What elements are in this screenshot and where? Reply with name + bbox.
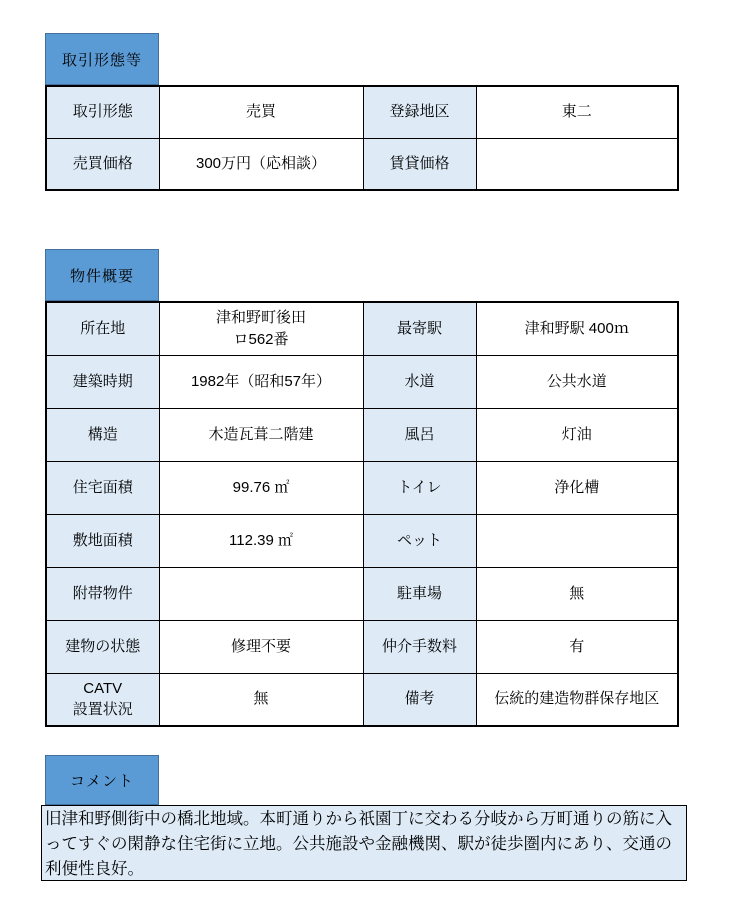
value-registration-district: 東二 <box>476 86 678 138</box>
table-row: 売買価格 300万円（応相談） 賃貸価格 <box>46 138 678 190</box>
label-land-area: 敷地面積 <box>46 514 159 567</box>
label-structure: 構造 <box>46 408 159 461</box>
transaction-section-title: 取引形態等 <box>45 33 159 85</box>
value-bath: 灯油 <box>476 408 678 461</box>
value-brokerage-fee: 有 <box>476 620 678 673</box>
label-house-area: 住宅面積 <box>46 461 159 514</box>
table-row: 取引形態 売買 登録地区 東二 <box>46 86 678 138</box>
comment-section: コメント 旧津和野側街中の橋北地域。本町通りから祇園丁に交わる分岐から万町通りの… <box>41 755 731 881</box>
label-remarks: 備考 <box>363 673 476 726</box>
table-row: CATV 設置状況 無 備考 伝統的建造物群保存地区 <box>46 673 678 726</box>
table-row: 所在地 津和野町後田 ロ562番 最寄駅 津和野駅 400ｍ <box>46 302 678 355</box>
label-catv: CATV 設置状況 <box>46 673 159 726</box>
value-land-area: 112.39 ㎡ <box>159 514 363 567</box>
table-row: 附帯物件 駐車場 無 <box>46 567 678 620</box>
label-location: 所在地 <box>46 302 159 355</box>
label-sale-price: 売買価格 <box>46 138 159 190</box>
value-construction-year: 1982年（昭和57年） <box>159 355 363 408</box>
transaction-section: 取引形態等 取引形態 売買 登録地区 東二 売買価格 300万円（応相談） 賃貸… <box>45 0 731 191</box>
value-nearest-station: 津和野駅 400ｍ <box>476 302 678 355</box>
label-toilet: トイレ <box>363 461 476 514</box>
value-toilet: 浄化槽 <box>476 461 678 514</box>
label-parking: 駐車場 <box>363 567 476 620</box>
value-sale-price: 300万円（応相談） <box>159 138 363 190</box>
value-house-area: 99.76 ㎡ <box>159 461 363 514</box>
label-brokerage-fee: 仲介手数料 <box>363 620 476 673</box>
label-registration-district: 登録地区 <box>363 86 476 138</box>
table-row: 建物の状態 修理不要 仲介手数料 有 <box>46 620 678 673</box>
value-catv: 無 <box>159 673 363 726</box>
comment-text: 旧津和野側街中の橋北地域。本町通りから祇園丁に交わる分岐から万町通りの筋に入って… <box>41 805 687 881</box>
label-transaction-type: 取引形態 <box>46 86 159 138</box>
table-row: 建築時期 1982年（昭和57年） 水道 公共水道 <box>46 355 678 408</box>
label-ancillary-property: 附帯物件 <box>46 567 159 620</box>
value-parking: 無 <box>476 567 678 620</box>
table-row: 敷地面積 112.39 ㎡ ペット <box>46 514 678 567</box>
label-water-supply: 水道 <box>363 355 476 408</box>
value-pets <box>476 514 678 567</box>
property-section-title: 物件概要 <box>45 249 159 301</box>
property-section: 物件概要 所在地 津和野町後田 ロ562番 最寄駅 津和野駅 400ｍ 建築時期… <box>45 249 731 727</box>
table-row: 構造 木造瓦葺二階建 風呂 灯油 <box>46 408 678 461</box>
label-bath: 風呂 <box>363 408 476 461</box>
value-transaction-type: 売買 <box>159 86 363 138</box>
label-rent-price: 賃貸価格 <box>363 138 476 190</box>
value-location: 津和野町後田 ロ562番 <box>159 302 363 355</box>
property-table: 所在地 津和野町後田 ロ562番 最寄駅 津和野駅 400ｍ 建築時期 1982… <box>45 301 679 727</box>
value-structure: 木造瓦葺二階建 <box>159 408 363 461</box>
comment-section-title: コメント <box>45 755 159 805</box>
value-building-condition: 修理不要 <box>159 620 363 673</box>
value-water-supply: 公共水道 <box>476 355 678 408</box>
value-ancillary-property <box>159 567 363 620</box>
label-pets: ペット <box>363 514 476 567</box>
table-row: 住宅面積 99.76 ㎡ トイレ 浄化槽 <box>46 461 678 514</box>
label-nearest-station: 最寄駅 <box>363 302 476 355</box>
value-rent-price <box>476 138 678 190</box>
transaction-table: 取引形態 売買 登録地区 東二 売買価格 300万円（応相談） 賃貸価格 <box>45 85 679 191</box>
label-building-condition: 建物の状態 <box>46 620 159 673</box>
label-construction-year: 建築時期 <box>46 355 159 408</box>
value-remarks: 伝統的建造物群保存地区 <box>476 673 678 726</box>
